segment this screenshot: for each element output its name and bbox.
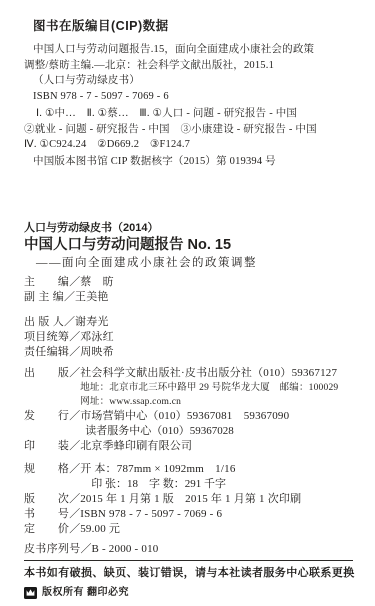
serial-block: 皮书序列号／B - 2000 - 010 [24,542,355,557]
distribute-row: 发 行／ 市场营销中心（010）59367081 59367090 读者服务中心… [24,409,355,439]
separator: ／ [64,315,75,330]
responsible-editor-label: 责任编辑 [24,345,69,360]
project-coordinator-label: 项目统筹 [24,330,69,345]
cip-heading: 图书在版编目(CIP)数据 [33,18,355,34]
cip-title-line: 中国人口与劳动问题报告.15，面向全面建成小康社会的政策 [24,42,355,58]
format-value: 开 本：787mm × 1092mm 1/16 [80,462,235,477]
separator: ／ [69,492,80,507]
separator: ／ [81,542,92,557]
edition-row: 版 次／2015 年 1 月第 1 版 2015 年 1 月第 1 次印刷 [24,492,355,507]
cip-isbn-line: ISBN 978 - 7 - 5097 - 7069 - 6 [24,89,355,105]
staff-block: 出 版 人／谢寿光 项目统筹／邓泳红 责任编辑／周映希 [24,315,355,360]
series-number-row: 皮书序列号／B - 2000 - 010 [24,542,355,557]
book-number-label: 书 号 [24,507,69,522]
distribute-label: 发 行 [24,409,69,424]
editors-block: 主 编／蔡 昉 副 主 编／王美艳 [24,275,355,305]
copyright-page: 图书在版编目(CIP)数据 中国人口与劳动问题报告.15，面向全面建成小康社会的… [0,0,375,606]
chief-editor-label: 主 编 [24,275,69,290]
deputy-editor-label: 副 主 编 [24,290,64,305]
publisher-person-label: 出 版 人 [24,315,64,330]
publish-label: 出 版 [24,366,69,381]
cip-series-line: （人口与劳动绿皮书） [24,73,355,89]
separator: ／ [69,275,80,290]
cip-author-line: 调整/蔡昉主编.—北京：社会科学文献出版社，2015.1 [24,58,355,74]
publisher-logo-icon [24,587,37,599]
book-title: 中国人口与劳动问题报告 No. 15 [24,236,355,255]
separator: ／ [69,462,80,477]
divider-line [24,560,353,561]
price-row: 定 价／59.00 元 [24,522,355,537]
format-block: 规 格／ 开 本：787mm × 1092mm 1/16 印 张：18 字 数：… [24,462,355,537]
project-coordinator-row: 项目统筹／邓泳红 [24,330,355,345]
series-number-value: B - 2000 - 010 [92,542,159,557]
price-value: 59.00 元 [80,522,120,537]
copyright-text: 版权所有 翻印必究 [42,586,129,600]
publisher-address: 地址：北京市北三环中路甲 29 号院华龙大厦 邮编：100029 [80,381,338,395]
print-label: 印 装 [24,439,69,454]
format-sub-line: 印 张：18 字 数：291 千字 [91,477,235,492]
format-row: 规 格／ 开 本：787mm × 1092mm 1/16 印 张：18 字 数：… [24,462,355,492]
project-coordinator-value: 邓泳红 [80,330,114,345]
distribute-value: 市场营销中心（010）59367081 59367090 [80,409,289,424]
cip-class-line-1: Ⅰ. ①中… Ⅱ. ①蔡… Ⅲ. ①人口 - 问题 - 研究报告 - 中国 [24,106,355,122]
print-row: 印 装／北京季蜂印刷有限公司 [24,439,355,454]
book-subtitle: ——面向全面建成小康社会的政策调整 [36,255,355,271]
format-label: 规 格 [24,462,69,477]
publish-value: 社会科学文献出版社·皮书出版分社（010）59367127 [80,366,338,381]
separator: ／ [69,522,80,537]
separator: ／ [69,345,80,360]
separator: ／ [69,507,80,522]
separator: ／ [69,439,80,454]
reader-service-line: 读者服务中心（010）59367028 [85,424,289,439]
edition-value: 2015 年 1 月第 1 版 2015 年 1 月第 1 次印刷 [80,492,301,507]
series-title: 人口与劳动绿皮书（2014） [24,221,355,236]
responsible-editor-value: 周映希 [80,345,114,360]
copyright-row: 版权所有 翻印必究 [24,586,355,600]
separator: ／ [69,330,80,345]
publisher-website: 网址：www.ssap.com.cn [80,395,338,409]
cip-class-line-2: ②就业 - 问题 - 研究报告 - 中国 ③小康建设 - 研究报告 - 中国 [24,122,355,138]
damage-notice: 本书如有破损、缺页、装订错误，请与本社读者服务中心联系更换 [24,566,355,581]
publisher-person-row: 出 版 人／谢寿光 [24,315,355,330]
deputy-editor-row: 副 主 编／王美艳 [24,290,355,305]
cip-block: 图书在版编目(CIP)数据 中国人口与劳动问题报告.15，面向全面建成小康社会的… [24,18,355,169]
chief-editor-row: 主 编／蔡 昉 [24,275,355,290]
responsible-editor-row: 责任编辑／周映希 [24,345,355,360]
separator: ／ [69,366,80,381]
cip-class-line-3: Ⅳ. ①C924.24 ②D669.2 ③F124.7 [24,137,355,153]
separator: ／ [64,290,75,305]
title-block: 人口与劳动绿皮书（2014） 中国人口与劳动问题报告 No. 15 ——面向全面… [24,221,355,271]
book-number-row: 书 号／ISBN 978 - 7 - 5097 - 7069 - 6 [24,507,355,522]
publication-block: 出 版／ 社会科学文献出版社·皮书出版分社（010）59367127 地址：北京… [24,366,355,454]
separator: ／ [69,409,80,424]
edition-label: 版 次 [24,492,69,507]
deputy-editor-value: 王美艳 [75,290,109,305]
chief-editor-value: 蔡 昉 [80,275,114,290]
publish-row: 出 版／ 社会科学文献出版社·皮书出版分社（010）59367127 地址：北京… [24,366,355,409]
book-number-value: ISBN 978 - 7 - 5097 - 7069 - 6 [80,507,222,522]
series-number-label: 皮书序列号 [24,542,81,557]
print-value: 北京季蜂印刷有限公司 [80,439,192,454]
publisher-person-value: 谢寿光 [75,315,109,330]
cip-record-number: 中国版本图书馆 CIP 数据核字（2015）第 019394 号 [24,154,355,170]
price-label: 定 价 [24,522,69,537]
